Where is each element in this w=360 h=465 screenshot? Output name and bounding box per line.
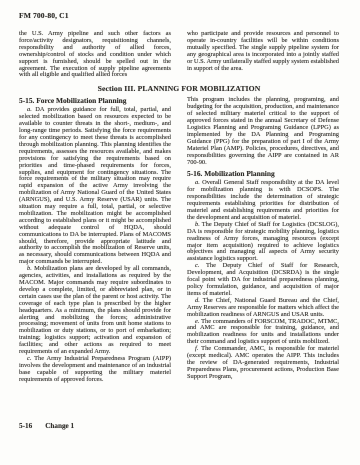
heading-5-15: 5-15. Force Mobilization Planning [19,97,171,106]
para-5-15-c-continuation: This program includes the planning, prog… [187,97,339,166]
para-5-16-b: b. The Deputy Chief of Staff for Logisti… [187,222,339,263]
para-text: The Army Industrial Preparedness Program… [19,355,171,383]
para-text: The Deputy Chief of Staff for Research, … [187,262,339,297]
para-5-16-a: a. Overall General Staff responsibility … [187,180,339,221]
para-text: The Deputy Chief of Staff for Logistics … [187,221,339,263]
document-code: FM 700-80, C1 [19,11,339,20]
para-5-15-c: c. The Army Industrial Preparedness Prog… [19,356,171,384]
main-columns: 5-15. Force Mobilization Planning a. DA … [19,97,339,383]
para-5-16-d: d. The Chief, National Guard Bureau and … [187,298,339,319]
para-text: Overall General Staff responsibility at … [187,179,339,221]
page-footer: 5-16 Change 1 [19,422,74,430]
continuation-right-column: who participate and provide resources an… [187,31,339,79]
para-5-15-a: a. DA provides guidance for full, total,… [19,107,171,266]
para-text: The commanders of FORSCOM, TRADOC, MTMC,… [187,318,339,346]
para-5-16-e: e. The commanders of FORSCOM, TRADOC, MT… [187,319,339,347]
page-number: 5-16 [19,422,32,430]
section-heading: Section III. PLANNING FOR MOBILIZATION [19,84,339,93]
change-label: Change 1 [45,422,74,430]
para-text: Mobilization plans are developed by all … [19,265,171,355]
continuation-columns: the U.S. Army pipeline and such other fa… [19,31,339,79]
continuation-paragraph-right: who participate and provide resources an… [187,31,339,72]
para-text: The Chief, National Guard Bureau and the… [187,297,339,318]
para-5-16-f: f. The Commander, AMC, is responsible fo… [187,346,339,381]
para-5-16-c: c. The Deputy Chief of Staff for Researc… [187,263,339,298]
para-5-15-b: b. Mobilization plans are developed by a… [19,266,171,356]
para-text: The Commander, AMC, is responsible for m… [187,345,339,380]
heading-5-16: 5-16. Mobilization Planning [187,170,339,179]
para-text: DA provides guidance for full, total, pa… [19,106,171,265]
document-page: FM 700-80, C1 the U.S. Army pipeline and… [0,0,360,465]
page-content: FM 700-80, C1 the U.S. Army pipeline and… [19,11,339,384]
continuation-left-column: the U.S. Army pipeline and such other fa… [19,31,171,79]
continuation-paragraph-left: the U.S. Army pipeline and such other fa… [19,31,171,79]
right-column: This program includes the planning, prog… [187,97,339,383]
left-column: 5-15. Force Mobilization Planning a. DA … [19,97,171,383]
